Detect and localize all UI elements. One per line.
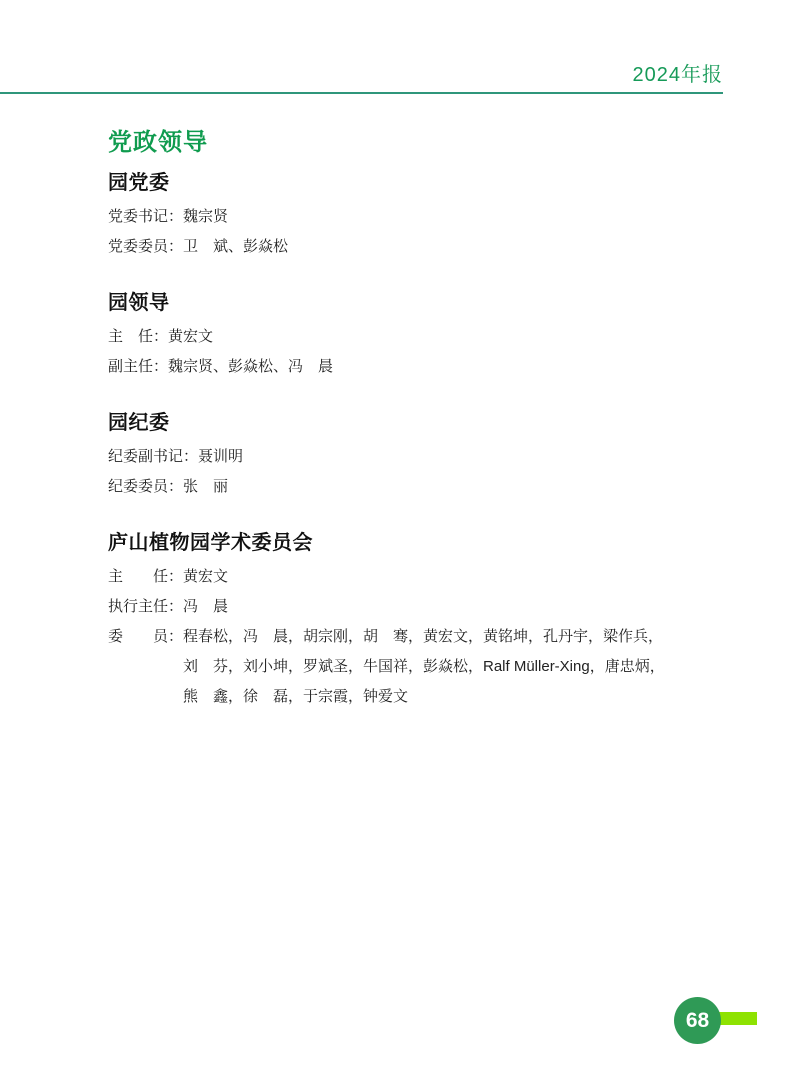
leadership-row: 党委委员：卫 斌、彭焱松 [108, 232, 728, 262]
leadership-row: 执行主任：冯 晨 [108, 592, 728, 622]
committee-members-row: 刘 芬，刘小坤，罗斌圣，牛国祥，彭焱松，Ralf Müller-Xing，唐忠炳… [108, 652, 728, 682]
section-title: 园纪委 [108, 410, 728, 436]
section-garden-leadership: 园领导 主 任：黄宏文 副主任：魏宗贤、彭焱松、冯 晨 [108, 290, 728, 382]
page-content: 党政领导 园党委 党委书记：魏宗贤 党委委员：卫 斌、彭焱松 园领导 主 任：黄… [108, 130, 728, 712]
leadership-row: 主 任：黄宏文 [108, 562, 728, 592]
committee-members-row: 委 员：程春松，冯 晨，胡宗刚，胡 骞，黄宏文，黄铭坤，孔丹宇，梁作兵， [108, 622, 728, 652]
leadership-row: 主 任：黄宏文 [108, 322, 728, 352]
section-academic-committee: 庐山植物园学术委员会 主 任：黄宏文 执行主任：冯 晨 委 员：程春松，冯 晨，… [108, 530, 728, 712]
page-number-badge: 68 [674, 997, 721, 1044]
leadership-row: 党委书记：魏宗贤 [108, 202, 728, 232]
leadership-row: 副主任：魏宗贤、彭焱松、冯 晨 [108, 352, 728, 382]
leadership-row: 纪委委员：张 丽 [108, 472, 728, 502]
page-heading: 党政领导 [108, 130, 728, 156]
committee-members-row: 熊 鑫，徐 磊，于宗霞，钟爱文 [108, 682, 728, 712]
report-page: 2024年报 党政领导 园党委 党委书记：魏宗贤 党委委员：卫 斌、彭焱松 园领… [0, 0, 800, 1086]
section-title: 园领导 [108, 290, 728, 316]
section-party-committee: 园党委 党委书记：魏宗贤 党委委员：卫 斌、彭焱松 [108, 170, 728, 262]
section-discipline-committee: 园纪委 纪委副书记：聂训明 纪委委员：张 丽 [108, 410, 728, 502]
report-year-label: 2024年报 [0, 58, 723, 87]
leadership-row: 纪委副书记：聂训明 [108, 442, 728, 472]
section-title: 园党委 [108, 170, 728, 196]
page-number: 68 [686, 1009, 709, 1033]
section-title: 庐山植物园学术委员会 [108, 530, 728, 556]
header-rule [0, 92, 723, 94]
